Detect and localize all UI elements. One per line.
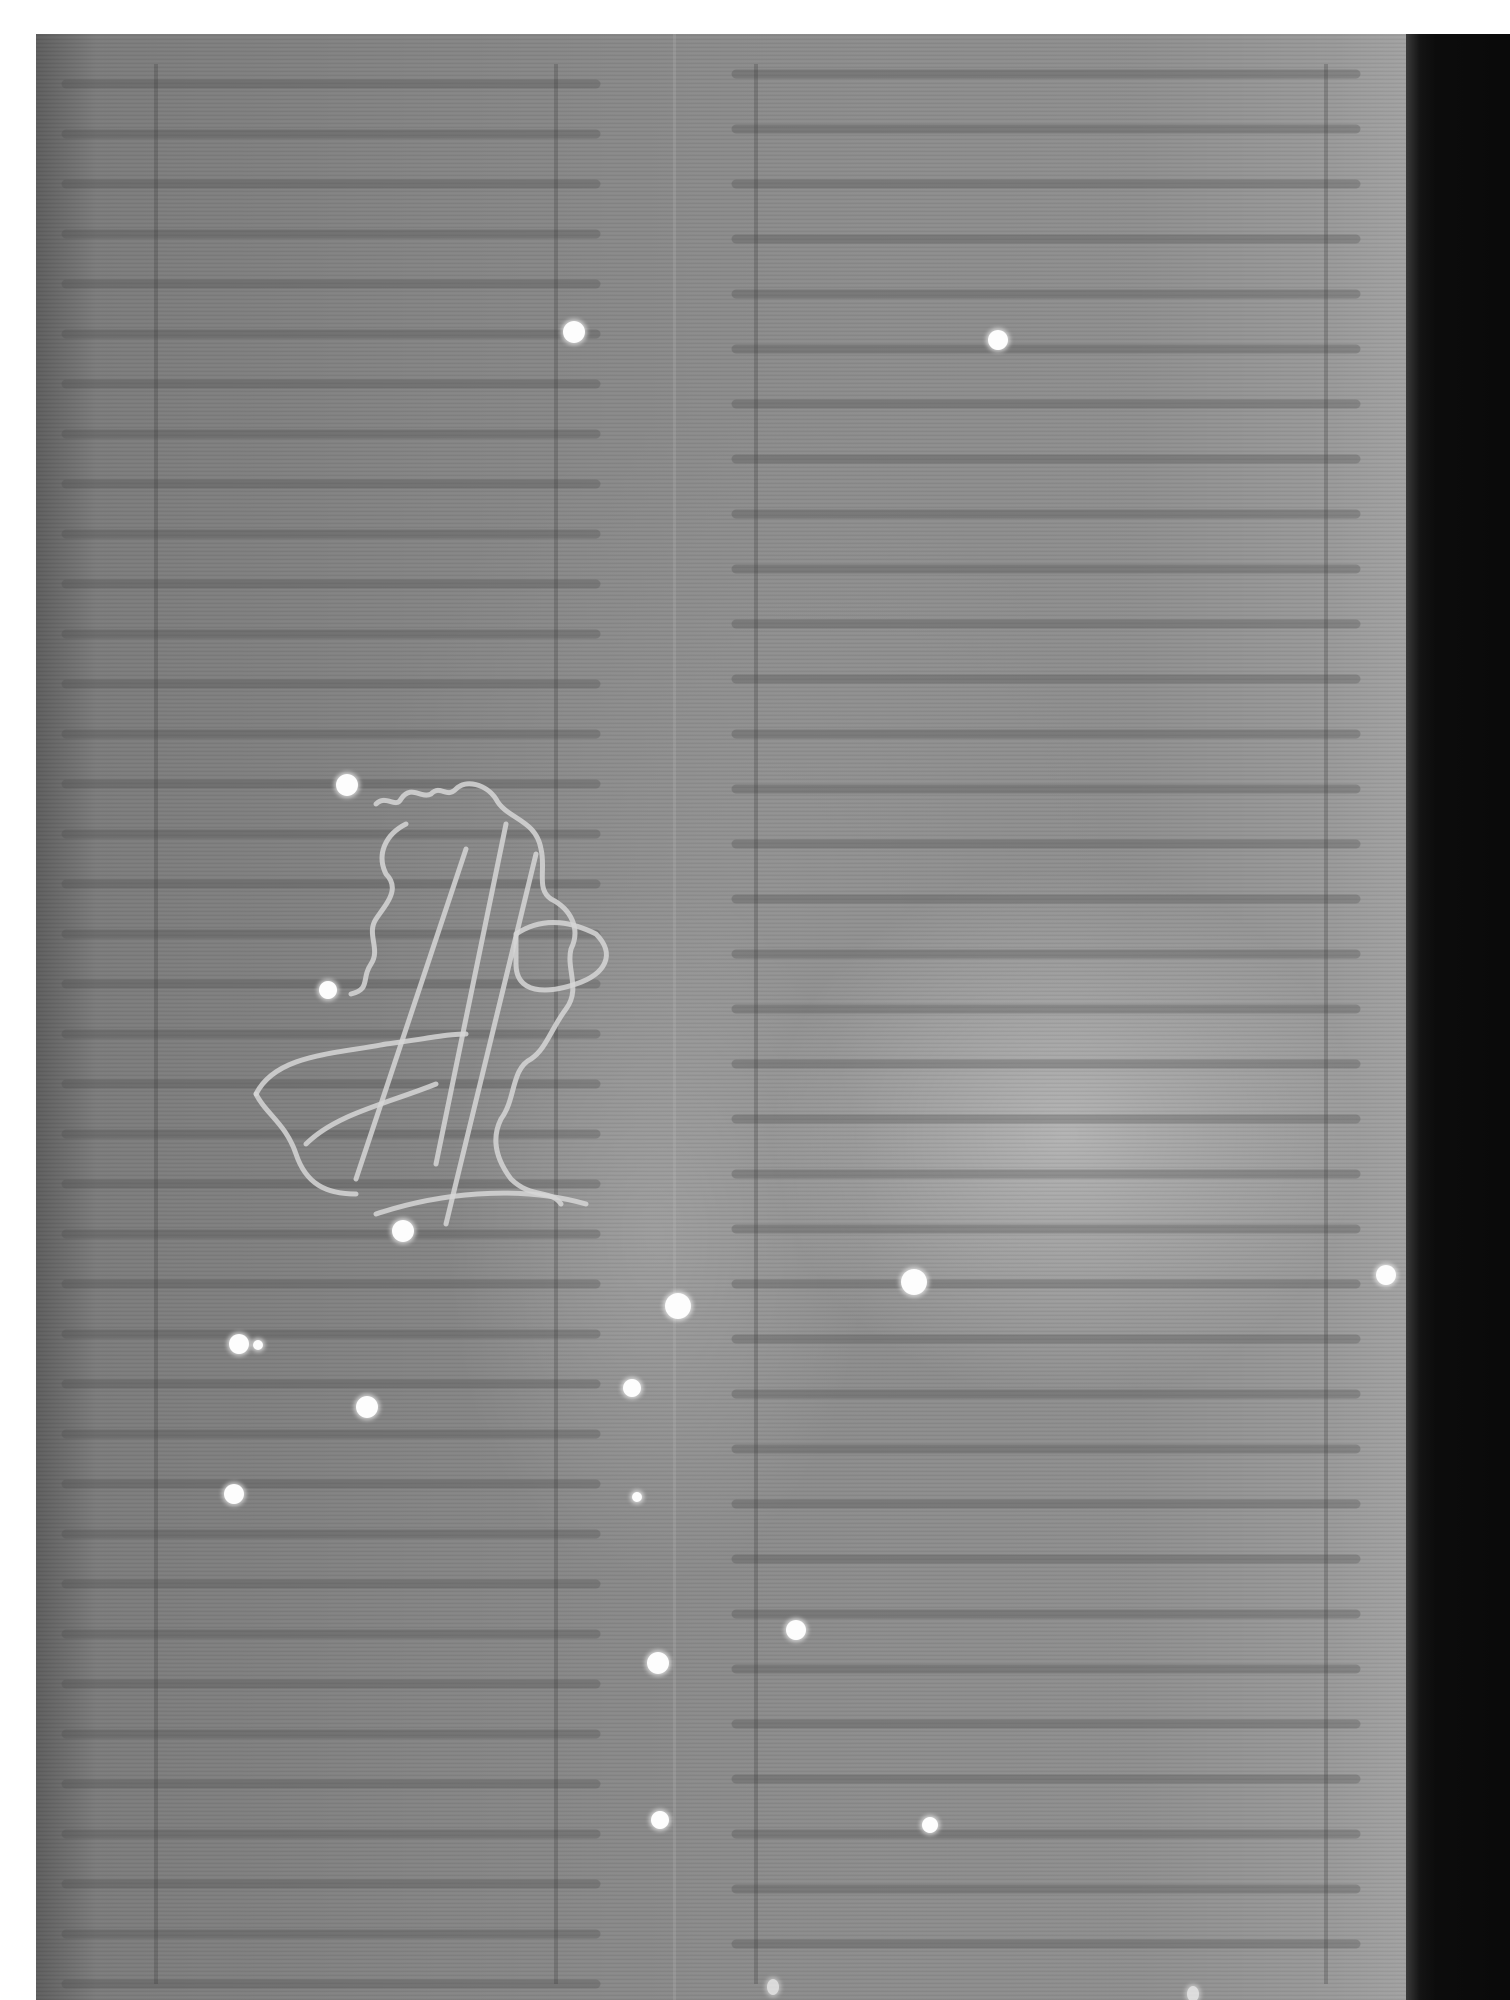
bright-dot — [392, 1220, 414, 1242]
bright-dot — [1187, 1986, 1199, 2000]
bright-dot — [665, 1293, 691, 1319]
watermark-figure — [36, 34, 1510, 2000]
bright-dot — [922, 1817, 938, 1833]
bright-dot — [651, 1811, 669, 1829]
bright-dot — [356, 1396, 378, 1418]
bright-dot — [336, 774, 358, 796]
bright-dot — [786, 1620, 806, 1640]
manuscript-image — [36, 34, 1510, 2000]
bright-dot — [224, 1484, 244, 1504]
bright-dot — [319, 981, 337, 999]
bright-dot — [253, 1340, 263, 1350]
bright-dot — [767, 1979, 779, 1995]
bright-dot — [1376, 1265, 1396, 1285]
bright-dot — [647, 1652, 669, 1674]
bright-dot — [988, 330, 1008, 350]
bright-dot — [901, 1269, 927, 1295]
bright-dot — [632, 1492, 642, 1502]
bright-dot — [229, 1334, 249, 1354]
shadow-band — [1406, 34, 1510, 2000]
bright-dot — [563, 321, 585, 343]
bright-dot — [623, 1379, 641, 1397]
